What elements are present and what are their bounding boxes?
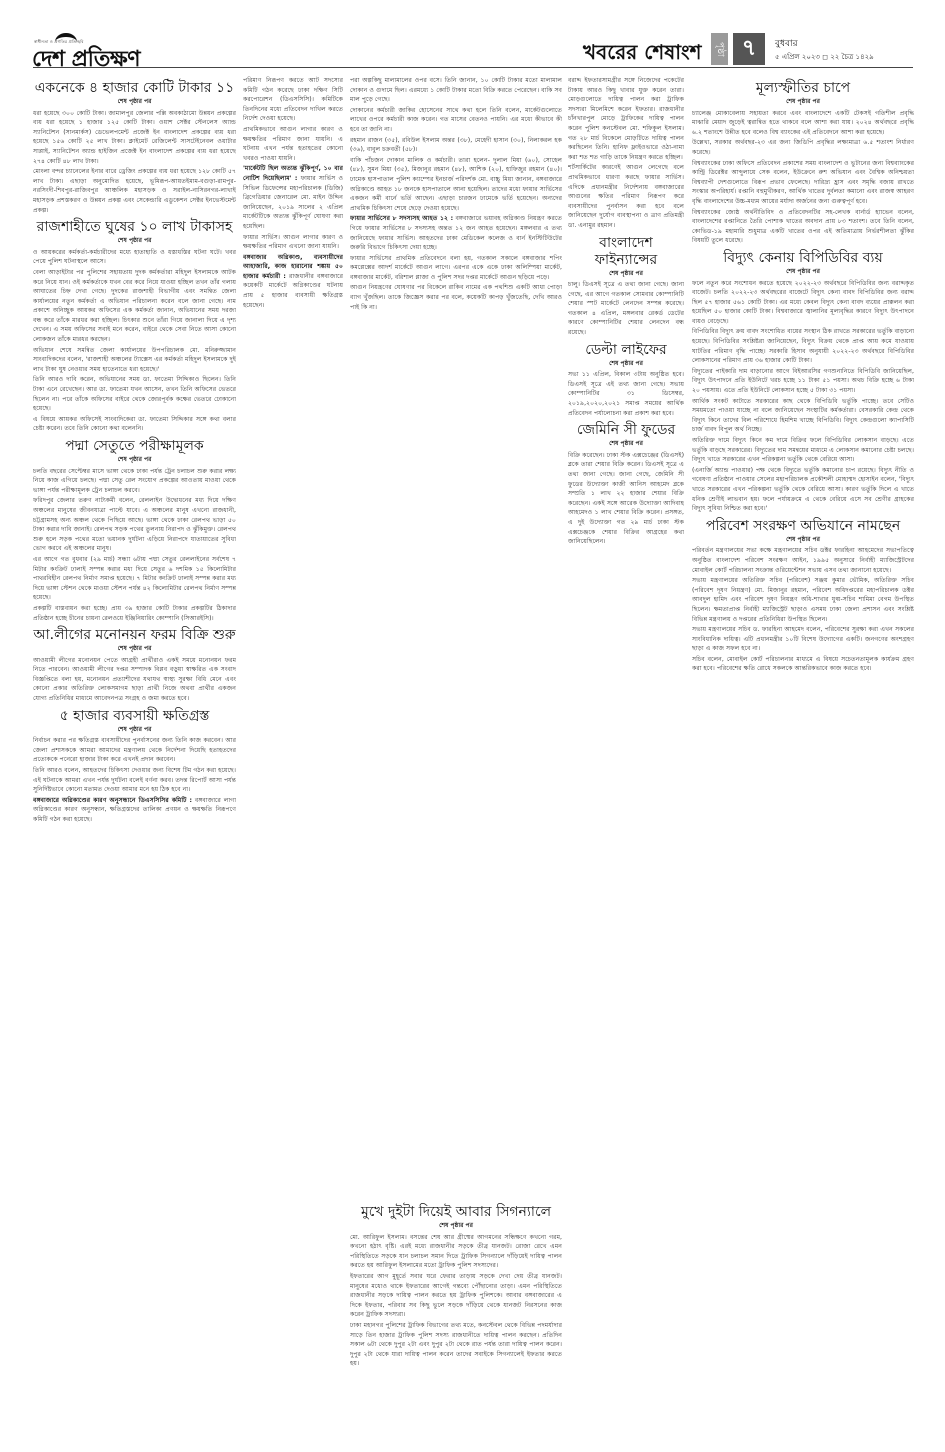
article-business: ৫ হাজার ব্যবসায়ী ক্ষতিগ্রস্ত শেষ পৃষ্ঠা… xyxy=(33,708,236,825)
paragraph: সভায় মন্ত্রণালয়ের সচিব ড. ফারহিনা আহমে… xyxy=(692,625,914,654)
paragraph: ফায়ার সার্ভিস। আগুন লাগার কারণ ও ক্ষয়ক… xyxy=(243,233,343,252)
paragraph: নির্বাচন করার পর ক্ষতিগ্রস্ত ব্যবসায়ীদে… xyxy=(33,736,236,765)
paragraph: পরিমাণ নিরূপণ করতে আট সদস্যের কমিটি গঠন … xyxy=(243,76,343,124)
headline[interactable]: পরিবেশ সংরক্ষণ অভিযানে নামছেন xyxy=(692,518,914,535)
paragraph: বিক্রি করেছেন। ঢাকা স্টক এক্সচেঞ্জের (ডি… xyxy=(568,451,684,547)
subhead: বঙ্গবাজারে অগ্নিকাণ্ডের কারণ অনুসন্ধানে … xyxy=(33,797,192,804)
paragraph: বেলা আড়াইটার পর পুলিশের সহায়তায় দুদক … xyxy=(33,268,236,345)
headline[interactable]: মূল্যস্ফীতির চাপে xyxy=(692,80,914,97)
continued-label: শেষ পৃষ্ঠার পর xyxy=(33,644,236,654)
paragraph: প্রকল্পটি বাস্তবায়ন করা হচ্ছে। প্রায় ৩… xyxy=(33,604,236,623)
paragraph: সভায় মন্ত্রণালয়ের অতিরিক্ত সচিব (পরিবে… xyxy=(692,576,914,624)
article-rajshahi: রাজশাহীতে ঘুষের ১০ লাখ টাকাসহ শেষ পৃষ্ঠা… xyxy=(33,219,236,434)
paragraph: অতিরিক্ত দামে বিদ্যুৎ কিনে কম দামে বিক্র… xyxy=(692,436,914,465)
paragraph: ধরা হয়েছে ৩০০ কোটি টাকা। জামালপুর জেলার… xyxy=(33,109,236,167)
paragraph: আওয়ামী লীগের মনোনয়ন পেতে আগ্রহী প্রার্… xyxy=(33,656,236,704)
column-5: মূল্যস্ফীতির চাপে শেষ পৃষ্ঠার পর চ্যালেঞ… xyxy=(692,76,914,1446)
headline[interactable]: মুখে দুইটা দিয়েই আবার সিগন্যালে xyxy=(350,1204,562,1221)
headline[interactable]: জেমিনি সী ফুডের xyxy=(568,422,684,439)
article-gemini: জেমিনি সী ফুডের শেষ পৃষ্ঠার পর বিক্রি কর… xyxy=(568,422,684,547)
continued-label: শেষ পৃষ্ঠার পর xyxy=(33,725,236,735)
paragraph: আগুন নিয়ন্ত্রণের ঘোষণার পর বিকেলে রাকিব… xyxy=(350,283,562,312)
paragraph: ও আয়করের কর্মকর্তা-কর্মচারীদের মধ্যে হা… xyxy=(33,248,236,267)
paragraph: (এনার্জি অ্যান্ড পাওয়ার) পক্ষ থেকে বিদ্… xyxy=(692,466,914,514)
article-delta-life: ডেল্টা লাইফের শেষ পৃষ্ঠার পর সভা ১১ এপ্র… xyxy=(568,342,684,419)
subhead-text: ফায়ার সার্ভিস ও সিভিল ডিফেন্সের মহাপরিচ… xyxy=(243,175,343,230)
paragraph: দোকানের কর্মচারী জাকির হোসেনের সাথে কথা … xyxy=(350,106,562,135)
continued-label: শেষ পৃষ্ঠার পর xyxy=(692,97,914,107)
paragraph: পরা অল্পকিছু মালামালের ওপর বসে। তিনি জান… xyxy=(350,76,562,105)
headline[interactable]: বাংলাদেশ ফাইন্যান্সের xyxy=(568,235,684,269)
paragraph: প্রাথমিকভাবে আগুন লাগার কারণ ও ক্ষয়ক্ষত… xyxy=(243,125,343,163)
article-signal: মুখে দুইটা দিয়েই আবার সিগন্যালে শেষ পৃষ… xyxy=(350,1200,562,1450)
paragraph: ইফতারের আগ মুহূর্তে সবার ঘরে ফেরার তাড়া… xyxy=(350,1272,562,1320)
paragraph: এ বিষয়ে আয়কর অফিসেই সাংবাদিকেরা ডা. ফা… xyxy=(33,415,236,434)
continued-label: শেষ পৃষ্ঠার পর xyxy=(692,267,914,277)
subhead: ফায়ার সার্ভিসের ৮ সদস্যসহ আহত ১২ : xyxy=(350,215,453,222)
continued-label: শেষ পৃষ্ঠার পর xyxy=(350,1221,562,1231)
headline[interactable]: বিদ্যুৎ কেনায় বিপিডিবির ব্যয় xyxy=(692,250,914,267)
column-3: পরা অল্পকিছু মালামালের ওপর বসে। তিনি জান… xyxy=(350,76,562,1186)
paragraph: বিদ্যুতের পাইকারি দাম বাড়ানোর আগে বিইআর… xyxy=(692,367,914,396)
headline[interactable]: আ.লীগের মনোনয়ন ফরম বিক্রি শুরু xyxy=(33,627,236,644)
continued-label: শেষ পৃষ্ঠার পর xyxy=(568,439,684,449)
headline[interactable]: ডেল্টা লাইফের xyxy=(568,342,684,359)
continued-label: শেষ পৃষ্ঠার পর xyxy=(568,359,684,369)
issue-day: বুধবার xyxy=(775,36,798,51)
paragraph: তিনি আরও বলেন, আহতদের চিকিৎসা দেওয়ার জন… xyxy=(33,766,236,795)
article-ekneke: একনেকে ৪ হাজার কোটি টাকার ১১ শেষ পৃষ্ঠার… xyxy=(33,80,236,215)
continued-label: শেষ পৃষ্ঠার পর xyxy=(33,455,236,465)
page-number: ৭ xyxy=(733,33,765,65)
paragraph: ফলে নতুন করে সংশোধন করতে হয়েছে ২০২২-২৩ … xyxy=(692,279,914,327)
paragraph: চালু। ডিএসই সূত্রে এ তথ্য জানা গেছে। জান… xyxy=(568,280,684,338)
continued-label: শেষ পৃষ্ঠার পর xyxy=(568,269,684,279)
article-environment: পরিবেশ সংরক্ষণ অভিযানে নামছেন শেষ পৃষ্ঠা… xyxy=(692,518,914,674)
paragraph: উল্লেখ্য, সরকার অর্থবছর-২৩ এর জন্য জিডিপ… xyxy=(692,138,914,157)
column-4: বরাদ্দ ইফতারসামগ্রীর সঙ্গে নিজেদের পকেটে… xyxy=(568,76,684,1446)
paragraph: বরাদ্দ ইফতারসামগ্রীর সঙ্গে নিজেদের পকেটে… xyxy=(568,76,684,162)
paragraph: ফরিদপুর জেলার তরুণ নাট্যকর্মী বলেন, রেলল… xyxy=(33,496,236,554)
paragraph: শর্টসার্কিটের কারণেই আগুন লেগেছে বলে প্র… xyxy=(568,163,684,230)
headline[interactable]: পদ্মা সেতুতে পরীক্ষামূলক xyxy=(33,438,236,455)
headline[interactable]: রাজশাহীতে ঘুষের ১০ লাখ টাকাসহ xyxy=(33,219,236,236)
paragraph: তিনি আরও দাবি করেন, অভিযানের সময় ডা. ফা… xyxy=(33,375,236,413)
continued-label: শেষ পৃষ্ঠার পর xyxy=(692,535,914,545)
paragraph: চলতি বছরের সেপ্টেম্বর মাসে ভাঙ্গা থেকে ঢ… xyxy=(33,467,236,496)
paragraph: মো. আরিফুল ইসলাম। বসন্তের শেষ আর গ্রীষ্ম… xyxy=(350,1233,562,1271)
paragraph: চ্যালেঞ্জ মোকাবেলায় সহায়তা করবে এবং বা… xyxy=(692,109,914,138)
paragraph: সভা ১১ এপ্রিল, বিকাল ৩টায় অনুষ্ঠিত হবে।… xyxy=(568,370,684,418)
paragraph: এর আগে গত বুধবার (২৯ মার্চ) সন্ধ্যা ৬টায… xyxy=(33,555,236,603)
article-awami: আ.লীগের মনোনয়ন ফরম বিক্রি শুরু শেষ পৃষ্… xyxy=(33,627,236,704)
article-padma: পদ্মা সেতুতে পরীক্ষামূলক শেষ পৃষ্ঠার পর … xyxy=(33,438,236,623)
continued-label: শেষ পৃষ্ঠার পর xyxy=(33,236,236,246)
paragraph: ঢাকা মহানগর পুলিশের ট্রাফিক বিভাগের তথ্য… xyxy=(350,1321,562,1369)
paragraph: সচিব বলেন, মোবাইল কোর্ট পরিচালনার মাধ্যম… xyxy=(692,655,914,674)
column-2: পরিমাণ নিরূপণ করতে আট সদস্যের কমিটি গঠন … xyxy=(243,76,343,1186)
page-label: পৃষ্ঠা xyxy=(711,33,728,65)
newspaper-logo[interactable]: দেশ প্রতিক্ষণ xyxy=(32,42,140,79)
paragraph: বিপিডিবির বিদ্যুৎ ক্রয় বাবদ সংশোধিত ব্য… xyxy=(692,327,914,365)
paragraph: পরিবর্তন মন্ত্রণালয়ের সভা কক্ষে মন্ত্রণ… xyxy=(692,546,914,575)
article-inflation: মূল্যস্ফীতির চাপে শেষ পৃষ্ঠার পর চ্যালেঞ… xyxy=(692,80,914,246)
masthead: স্বাধীনতা ও প্রগতির প্রতিচ্ছবি দেশ প্রতি… xyxy=(0,0,945,70)
paragraph: বিশ্বব্যাংকের জ্যেষ্ঠ অর্থনীতিবিদ ও প্রত… xyxy=(692,208,914,246)
paragraph: আর্থিক সংকট কাটাতে সরকারের কাছ থেকে বিপি… xyxy=(692,397,914,435)
column-1: একনেকে ৪ হাজার কোটি টাকার ১১ শেষ পৃষ্ঠার… xyxy=(33,76,236,1446)
paragraph: অভিযান শেষে সমন্বিত জেলা কার্যালয়ের উপপ… xyxy=(33,346,236,375)
paragraph: বিশ্বব্যাংকের ঢাকা অফিসে প্রতিবেদন প্রকা… xyxy=(692,159,914,207)
paragraph: মোংলা বন্দর চ্যানেলের ইনার বারে ড্রেজিং … xyxy=(33,167,236,215)
article-bd-finance: বাংলাদেশ ফাইন্যান্সের শেষ পৃষ্ঠার পর চাল… xyxy=(568,235,684,338)
article-bpdb: বিদ্যুৎ কেনায় বিপিডিবির ব্যয় শেষ পৃষ্ঠ… xyxy=(692,250,914,514)
headline[interactable]: একনেকে ৪ হাজার কোটি টাকার ১১ xyxy=(33,80,236,97)
headline[interactable]: ৫ হাজার ব্যবসায়ী ক্ষতিগ্রস্ত xyxy=(33,708,236,725)
paragraph: ফায়ার সার্ভিসের প্রাথমিক প্রতিবেদনে বলা… xyxy=(350,254,562,283)
paragraph: বাকি পাঁচজন দোকান মালিক ও কর্মচারী। তারা… xyxy=(350,156,562,214)
paragraph: রহমান রাজন (৩৫), রবিউল ইসলাম অন্তর (৩৮),… xyxy=(350,136,562,155)
issue-date: ৫ এপ্রিল ২০২৩ ◻ ২২ চৈত্র ১৪২৯ xyxy=(775,51,874,63)
continued-label: শেষ পৃষ্ঠার পর xyxy=(33,97,236,107)
masthead-rule xyxy=(33,67,913,68)
